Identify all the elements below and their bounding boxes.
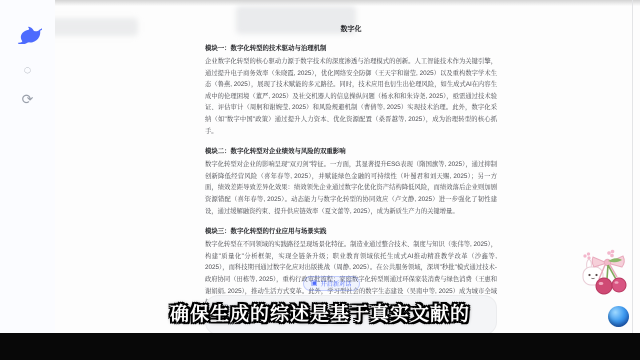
document-section: 模块二：数字化转型对企业绩效与风险的双重影响 数字化转型对企业的影响呈现"双刃剑…: [205, 146, 497, 217]
history-icon[interactable]: ⟳: [20, 92, 35, 107]
app-window: ◌ ⟳ 数字化 模块一：数字化转型的技术驱动与治理机制 企业数字化转型的核心驱动…: [0, 0, 640, 333]
sidebar: ◌ ⟳: [0, 0, 55, 333]
section-heading: 模块三：数字化转型的行业应用与场景实践: [205, 226, 497, 235]
video-frame: ◌ ⟳ 数字化 模块一：数字化转型的技术驱动与治理机制 企业数字化转型的核心驱动…: [0, 0, 640, 360]
section-heading: 模块一：数字化转型的技术驱动与治理机制: [205, 43, 497, 52]
section-heading: 模块二：数字化转型对企业绩效与风险的双重影响: [205, 146, 497, 155]
deepseek-whale-logo[interactable]: [16, 26, 42, 44]
new-chat-pencil-icon: ▣: [311, 280, 318, 287]
document: 数字化 模块一：数字化转型的技术驱动与治理机制 企业数字化转型的核心驱动力源于数…: [205, 24, 497, 309]
section-body: 数字化转型对企业的影响呈现"双刃剑"特征。一方面，其显著提升ESG表现（隋国旗等…: [205, 159, 497, 217]
section-body: 企业数字化转型的核心驱动力源于数字技术的深度渗透与治理模式的创新。人工智能技术作…: [205, 56, 497, 137]
document-section: 模块一：数字化转型的技术驱动与治理机制 企业数字化转型的核心驱动力源于数字技术的…: [205, 43, 497, 137]
chat-icon[interactable]: ◌: [20, 62, 35, 77]
bottom-letterbox: [0, 333, 640, 360]
new-chat-button[interactable]: ▣ 开启新对话: [303, 276, 360, 291]
video-subtitle: 确保生成的综述是基于真实文献的: [0, 299, 640, 326]
new-chat-label: 开启新对话: [321, 279, 352, 288]
page-title: 数字化: [205, 24, 497, 34]
